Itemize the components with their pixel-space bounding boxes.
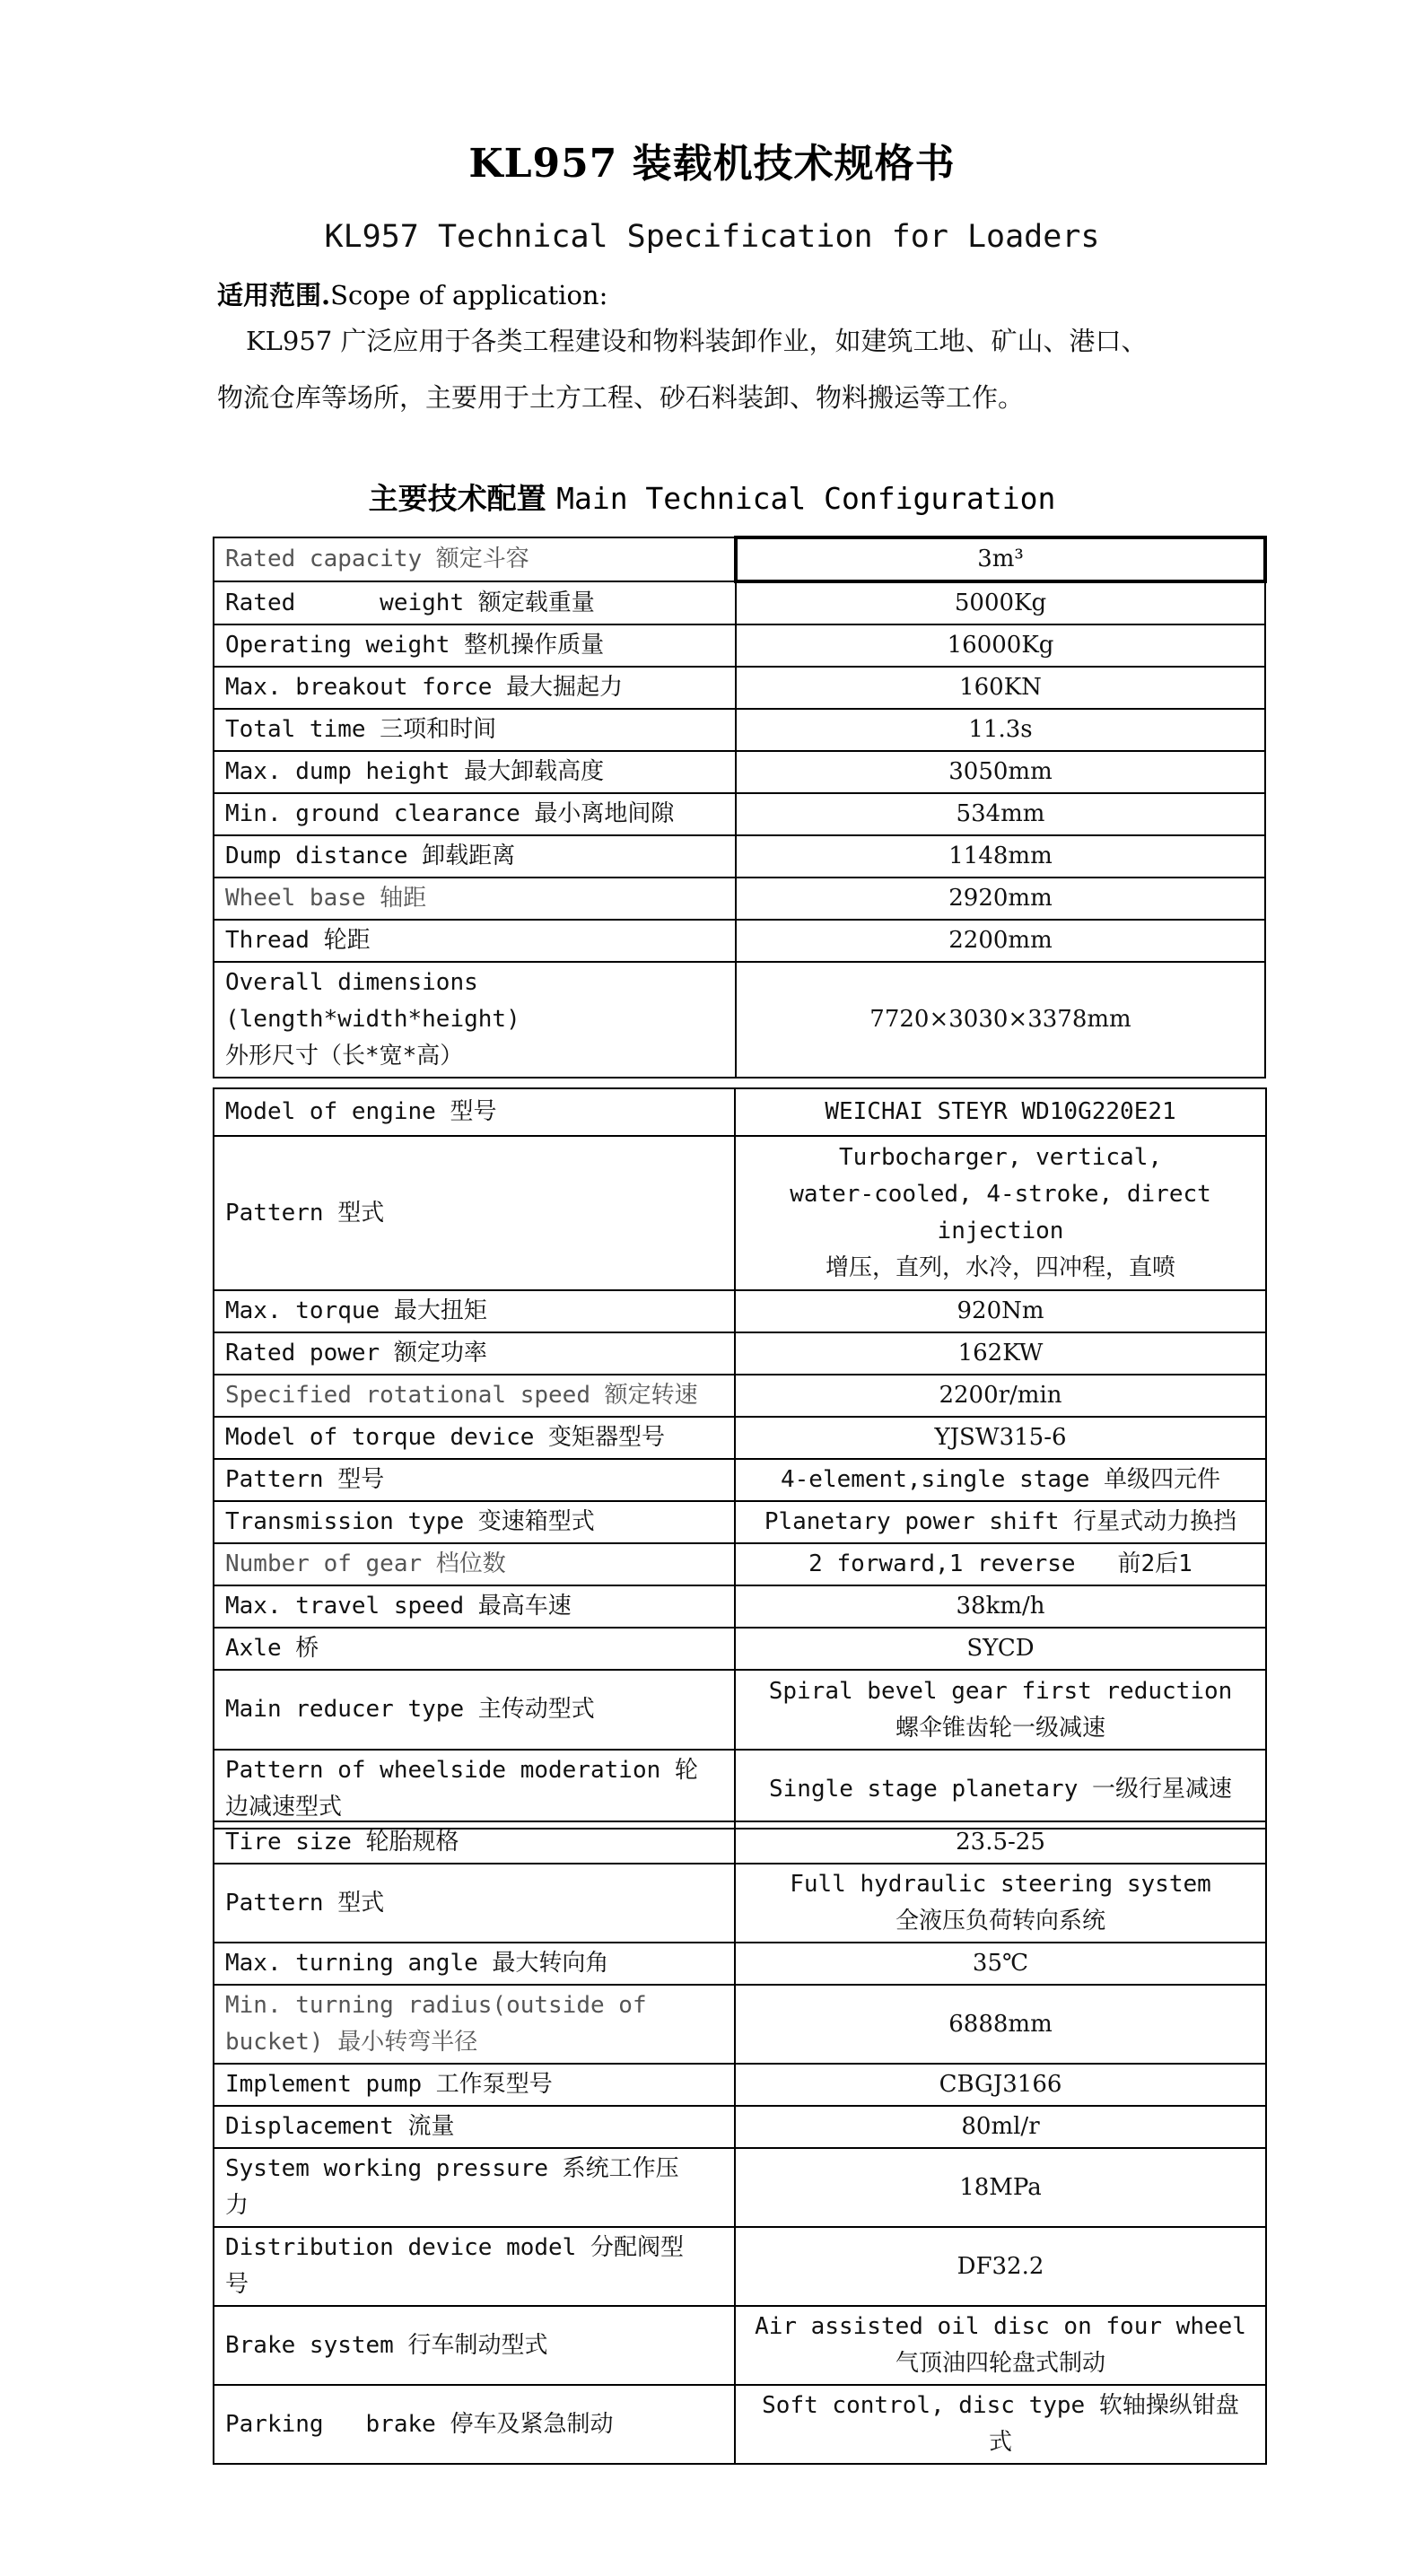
table-row: Min. ground clearance 最小离地间隙 534mm [214,793,1265,835]
section-heading-cn: 主要技术配置 [369,481,546,516]
spec-key: Specified rotational speed 额定转速 [214,1375,735,1417]
spec-value: 920Nm [735,1290,1266,1332]
table-row: Total time 三项和时间 11.3s [214,709,1265,751]
table-row: Transmission type 变速箱型式 Planetary power … [214,1501,1266,1543]
spec-key: Pattern 型号 [214,1459,735,1501]
table-row: Wheel base 轴距 2920mm [214,878,1265,920]
spec-key-line: System working pressure 系统工作压 [225,2151,723,2187]
table-row: Pattern of wheelside moderation 轮 边减速型式 … [214,1750,1266,1829]
spec-value: 80ml/r [735,2106,1266,2148]
table-row: Model of torque device 变矩器型号 YJSW315-6 [214,1417,1266,1459]
spec-value: 534mm [736,793,1265,835]
spec-value: 23.5-25 [735,1821,1266,1864]
spec-value-line: Turbocharger, vertical, [747,1140,1254,1176]
spec-key: Rated power 额定功率 [214,1332,735,1375]
table-row: Rated capacity 额定斗容 3m³ [214,537,1265,581]
spec-key: Rated capacity 额定斗容 [214,537,736,581]
spec-key: Parking brake 停车及紧急制动 [214,2385,735,2464]
spec-key-line: Min. turning radius(outside of [225,1987,723,2024]
spec-value: 5000Kg [736,581,1265,624]
spec-value: 6888mm [735,1985,1266,2064]
table-row: Rated weight 额定载重量 5000Kg [214,581,1265,624]
spec-value: 2200r/min [735,1375,1266,1417]
spec-key: Wheel base 轴距 [214,878,736,920]
table-row: Overall dimensions (length*width*height)… [214,962,1265,1078]
spec-key: Rated weight 额定载重量 [214,581,736,624]
spec-key: Model of engine 型号 [214,1088,735,1136]
table-row: System working pressure 系统工作压 力 18MPa [214,2148,1266,2227]
spec-key: Implement pump 工作泵型号 [214,2064,735,2106]
spec-value-line: Spiral bevel gear first reduction [747,1673,1254,1710]
spec-value: Planetary power shift 行星式动力换挡 [735,1501,1266,1543]
table-row: Axle 桥 SYCD [214,1628,1266,1670]
spec-value-line: injection [747,1213,1254,1250]
document-title: KL957 装载机技术规格书 [0,139,1424,189]
spec-key: Operating weight 整机操作质量 [214,624,736,667]
table-row: Max. torque 最大扭矩 920Nm [214,1290,1266,1332]
spec-value: Air assisted oil disc on four wheel 气顶油四… [735,2306,1266,2385]
spec-key-line: (length*width*height) [225,1001,724,1038]
table-row: Max. dump height 最大卸载高度 3050mm [214,751,1265,793]
spec-value: 11.3s [736,709,1265,751]
spec-value: YJSW315-6 [735,1417,1266,1459]
table-row: Max. breakout force 最大掘起力 160KN [214,667,1265,709]
spec-key: Max. breakout force 最大掘起力 [214,667,736,709]
spec-key: Number of gear 档位数 [214,1543,735,1585]
spec-value: DF32.2 [735,2227,1266,2306]
table-row: Model of engine 型号 WEICHAI STEYR WD10G22… [214,1088,1266,1136]
spec-key: Overall dimensions (length*width*height)… [214,962,736,1078]
spec-value-line: 螺伞锥齿轮一级减速 [747,1710,1254,1747]
spec-value: Soft control, disc type 软轴操纵钳盘 式 [735,2385,1266,2464]
scope-heading-en: Scope of application: [330,280,607,310]
spec-key: Thread 轮距 [214,920,736,962]
spec-value-line: Full hydraulic steering system [747,1866,1254,1903]
spec-key: System working pressure 系统工作压 力 [214,2148,735,2227]
spec-value: 3m³ [736,537,1265,581]
table-row: Pattern 型式 Turbocharger, vertical, water… [214,1136,1266,1290]
spec-table-chassis: Tire size 轮胎规格 23.5-25 Pattern 型式 Full h… [213,1821,1267,2465]
spec-table-general: Rated capacity 额定斗容 3m³ Rated weight 额定载… [213,536,1267,1078]
scope-paragraph-line-1: KL957 广泛应用于各类工程建设和物料装卸作业，如建筑工地、矿山、港口、 [217,326,1296,356]
table-row: Thread 轮距 2200mm [214,920,1265,962]
spec-value: 2200mm [736,920,1265,962]
section-heading: 主要技术配置 Main Technical Configuration [0,481,1424,517]
spec-value-line: 增压，直列，水冷，四冲程，直喷 [747,1250,1254,1287]
spec-key: Brake system 行车制动型式 [214,2306,735,2385]
spec-key-line: Distribution device model 分配阀型 [225,2230,723,2266]
table-row: Number of gear 档位数 2 forward,1 reverse 前… [214,1543,1266,1585]
spec-value: 2920mm [736,878,1265,920]
spec-key: Tire size 轮胎规格 [214,1821,735,1864]
spec-key: Max. turning angle 最大转向角 [214,1943,735,1985]
spec-key: Min. turning radius(outside of bucket) 最… [214,1985,735,2064]
spec-key: Pattern of wheelside moderation 轮 边减速型式 [214,1750,735,1829]
spec-key: Model of torque device 变矩器型号 [214,1417,735,1459]
table-row: Pattern 型式 Full hydraulic steering syste… [214,1864,1266,1943]
spec-key: Distribution device model 分配阀型 号 [214,2227,735,2306]
table-row: Pattern 型号 4-element,single stage 单级四元件 [214,1459,1266,1501]
table-row: Max. turning angle 最大转向角 35℃ [214,1943,1266,1985]
spec-key-line: 力 [225,2187,723,2224]
spec-key: Displacement 流量 [214,2106,735,2148]
spec-key-line: bucket) 最小转弯半径 [225,2024,723,2061]
spec-value-line: 全液压负荷转向系统 [747,1903,1254,1940]
table-row: Min. turning radius(outside of bucket) 最… [214,1985,1266,2064]
table-row: Tire size 轮胎规格 23.5-25 [214,1821,1266,1864]
table-row: Distribution device model 分配阀型 号 DF32.2 [214,2227,1266,2306]
table-row: Main reducer type 主传动型式 Spiral bevel gea… [214,1670,1266,1750]
spec-value: CBGJ3166 [735,2064,1266,2106]
spec-key: Total time 三项和时间 [214,709,736,751]
spec-value-line: 气顶油四轮盘式制动 [739,2345,1262,2382]
spec-value: SYCD [735,1628,1266,1670]
spec-key-line: Pattern of wheelside moderation 轮 [225,1752,723,1789]
section-heading-en: Main Technical Configuration [556,481,1055,516]
table-row: Rated power 额定功率 162KW [214,1332,1266,1375]
scope-heading: 适用范围.Scope of application: [217,280,607,310]
document-subtitle: KL957 Technical Specification for Loader… [0,219,1424,255]
spec-value-line: 式 [739,2424,1262,2461]
spec-key: Max. travel speed 最高车速 [214,1585,735,1628]
spec-key: Pattern 型式 [214,1136,735,1290]
table-row: Dump distance 卸载距离 1148mm [214,835,1265,878]
spec-value: 4-element,single stage 单级四元件 [735,1459,1266,1501]
spec-value: 1148mm [736,835,1265,878]
spec-value: Spiral bevel gear first reduction 螺伞锥齿轮一… [735,1670,1266,1750]
spec-value: 2 forward,1 reverse 前2后1 [735,1543,1266,1585]
spec-value: WEICHAI STEYR WD10G220E21 [735,1088,1266,1136]
spec-value: 3050mm [736,751,1265,793]
scope-paragraph-line-2: 物流仓库等场所，主要用于土方工程、砂石料装卸、物料搬运等工作。 [217,382,1267,413]
spec-value: 162KW [735,1332,1266,1375]
spec-value-line: water-cooled, 4-stroke, direct [747,1176,1254,1213]
table-row: Brake system 行车制动型式 Air assisted oil dis… [214,2306,1266,2385]
table-row: Parking brake 停车及紧急制动 Soft control, disc… [214,2385,1266,2464]
spec-value: Full hydraulic steering system 全液压负荷转向系统 [735,1864,1266,1943]
spec-value-line: Air assisted oil disc on four wheel [739,2309,1262,2345]
spec-value: 160KN [736,667,1265,709]
spec-key: Min. ground clearance 最小离地间隙 [214,793,736,835]
spec-value: 38km/h [735,1585,1266,1628]
spec-key-line: Overall dimensions [225,965,724,1001]
spec-key: Max. dump height 最大卸载高度 [214,751,736,793]
spec-key: Dump distance 卸载距离 [214,835,736,878]
spec-key: Axle 桥 [214,1628,735,1670]
table-row: Implement pump 工作泵型号 CBGJ3166 [214,2064,1266,2106]
spec-value-line: Soft control, disc type 软轴操纵钳盘 [739,2388,1262,2424]
spec-key: Transmission type 变速箱型式 [214,1501,735,1543]
table-row: Specified rotational speed 额定转速 2200r/mi… [214,1375,1266,1417]
spec-table-engine: Model of engine 型号 WEICHAI STEYR WD10G22… [213,1087,1267,1829]
spec-key: Main reducer type 主传动型式 [214,1670,735,1750]
scope-heading-cn: 适用范围. [217,280,330,310]
table-row: Operating weight 整机操作质量 16000Kg [214,624,1265,667]
spec-value: Turbocharger, vertical, water-cooled, 4-… [735,1136,1266,1290]
spec-value: 16000Kg [736,624,1265,667]
spec-key-line: 外形尺寸（长*宽*高） [225,1038,724,1075]
spec-value: 7720×3030×3378mm [736,962,1265,1078]
spec-value: 35℃ [735,1943,1266,1985]
table-row: Displacement 流量 80ml/r [214,2106,1266,2148]
spec-key: Pattern 型式 [214,1864,735,1943]
spec-value: Single stage planetary 一级行星减速 [735,1750,1266,1829]
spec-key: Max. torque 最大扭矩 [214,1290,735,1332]
spec-value: 18MPa [735,2148,1266,2227]
spec-key-line: 号 [225,2266,723,2303]
table-row: Max. travel speed 最高车速 38km/h [214,1585,1266,1628]
